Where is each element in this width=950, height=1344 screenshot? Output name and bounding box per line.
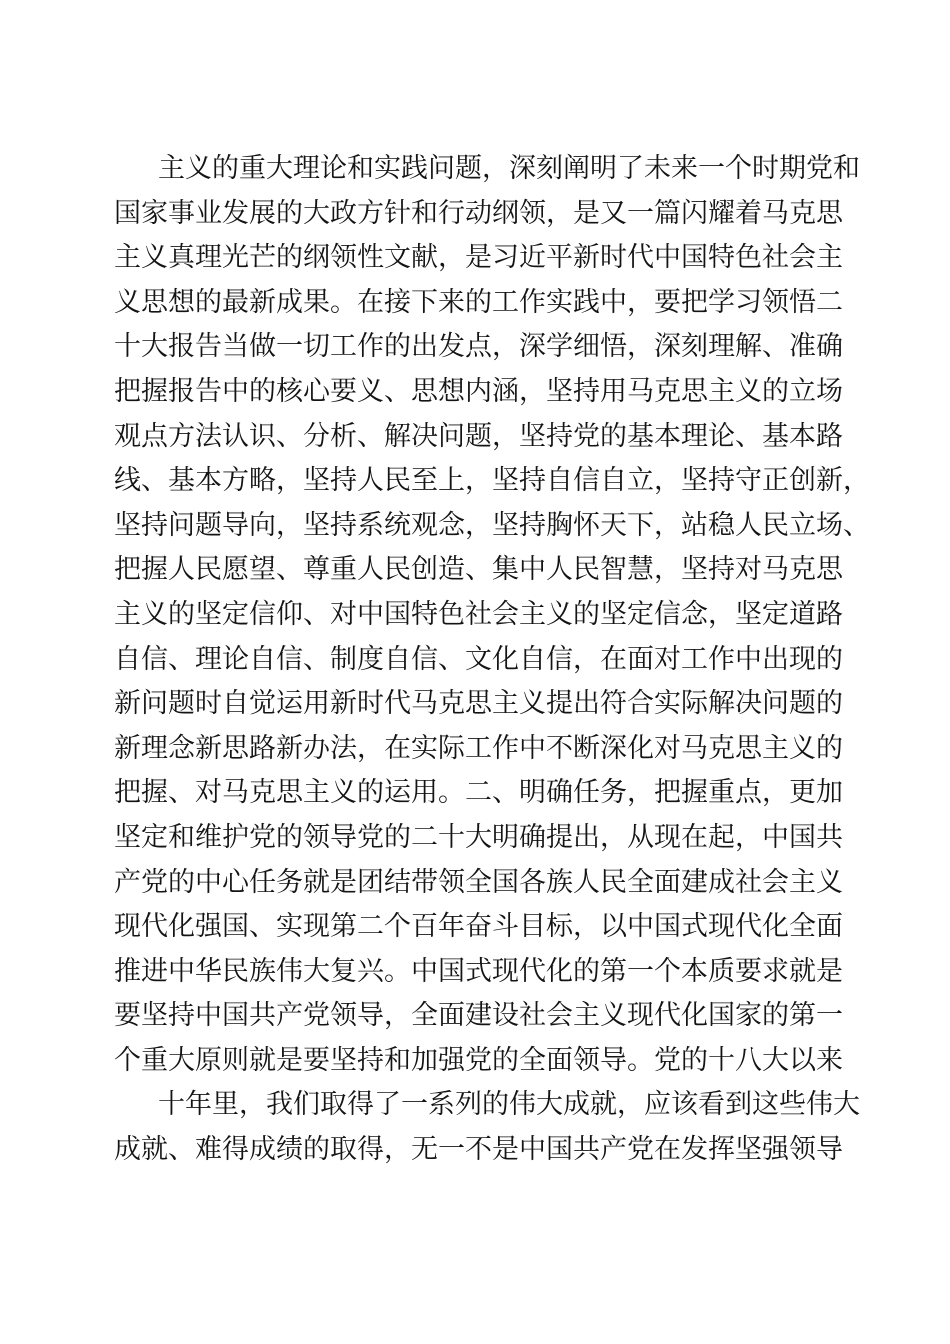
text-line: 主义真理光芒的纲领性文献，是习近平新时代中国特色社会主 [114,235,837,280]
text-line: 十年里，我们取得了一系列的伟大成就，应该看到这些伟大 [114,1082,837,1127]
text-line: 推进中华民族伟大复兴。中国式现代化的第一个本质要求就是 [114,949,837,994]
text-line: 成就、难得成绩的取得，无一不是中国共产党在发挥坚强领导 [114,1127,837,1172]
text-line: 把握报告中的核心要义、思想内涵，坚持用马克思主义的立场 [114,369,837,414]
text-line: 主义的坚定信仰、对中国特色社会主义的坚定信念，坚定道路 [114,592,837,637]
text-line: 要坚持中国共产党领导，全面建设社会主义现代化国家的第一 [114,993,837,1038]
document-text-block: 主义的重大理论和实践问题，深刻阐明了未来一个时期党和国家事业发展的大政方针和行动… [114,146,837,1172]
text-line: 主义的重大理论和实践问题，深刻阐明了未来一个时期党和 [114,146,837,191]
text-line: 义思想的最新成果。在接下来的工作实践中，要把学习领悟二 [114,280,837,325]
text-line: 坚定和维护党的领导党的二十大明确提出，从现在起，中国共 [114,815,837,860]
document-page: 主义的重大理论和实践问题，深刻阐明了未来一个时期党和国家事业发展的大政方针和行动… [0,0,950,1344]
text-line: 新问题时自觉运用新时代马克思主义提出符合实际解决问题的 [114,681,837,726]
text-line: 产党的中心任务就是团结带领全国各族人民全面建成社会主义 [114,860,837,905]
text-line: 个重大原则就是要坚持和加强党的全面领导。党的十八大以来 [114,1038,837,1083]
text-line: 自信、理论自信、制度自信、文化自信，在面对工作中出现的 [114,637,837,682]
text-line: 现代化强国、实现第二个百年奋斗目标，以中国式现代化全面 [114,904,837,949]
text-line: 线、基本方略，坚持人民至上，坚持自信自立，坚持守正创新， [114,458,837,503]
text-line: 把握人民愿望、尊重人民创造、集中人民智慧，坚持对马克思 [114,547,837,592]
text-line: 十大报告当做一切工作的出发点，深学细悟，深刻理解、准确 [114,324,837,369]
text-line: 把握、对马克思主义的运用。二、明确任务，把握重点，更加 [114,770,837,815]
text-line: 国家事业发展的大政方针和行动纲领，是又一篇闪耀着马克思 [114,191,837,236]
text-line: 新理念新思路新办法，在实际工作中不断深化对马克思主义的 [114,726,837,771]
text-line: 观点方法认识、分析、解决问题，坚持党的基本理论、基本路 [114,414,837,459]
text-line: 坚持问题导向，坚持系统观念，坚持胸怀天下，站稳人民立场、 [114,503,837,548]
